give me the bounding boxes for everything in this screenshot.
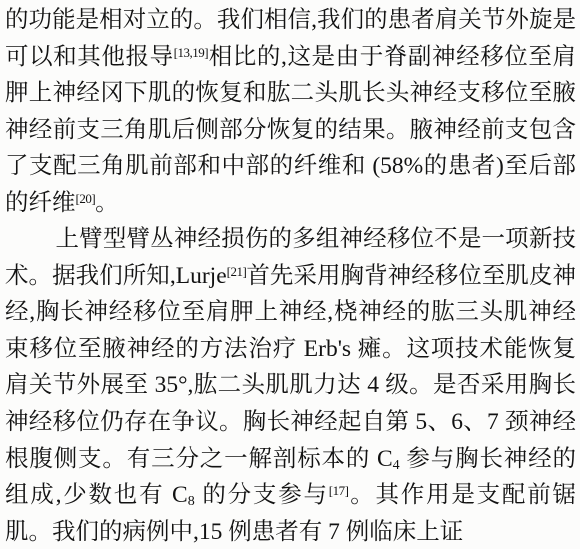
- citation-reference: [13,19]: [174, 45, 208, 60]
- text-run: 首先采用胸背神经移位至肌皮神经,胸长神经移位至肩胛上神经,桡神经的肱三头肌神经束…: [5, 263, 576, 472]
- citation-reference: [20]: [76, 191, 96, 206]
- cervical-root-subscript: 8: [188, 494, 195, 509]
- paragraph: 上臂型臂丛神经损伤的多组神经移位不是一项新技术。据我们所知,Lurje[21]首…: [5, 221, 576, 549]
- text-run: 。: [95, 190, 119, 216]
- citation-reference: [21]: [227, 264, 247, 279]
- cervical-root-subscript: 4: [393, 458, 400, 473]
- document-page: 的功能是相对立的。我们相信,我们的患者肩关节外旋是可以和其他报导[13,19]相…: [0, 0, 580, 549]
- text-run: 的分支参与: [195, 482, 329, 508]
- citation-reference: [17]: [329, 483, 349, 498]
- paragraph: 的功能是相对立的。我们相信,我们的患者肩关节外旋是可以和其他报导[13,19]相…: [5, 2, 576, 221]
